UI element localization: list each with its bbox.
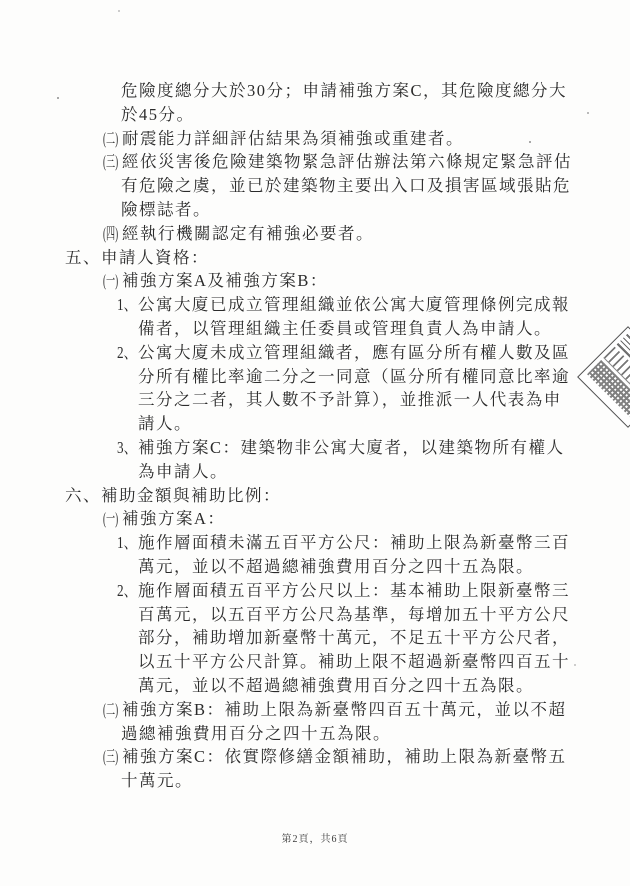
document-line: 2、公寓大廈未成立管理組織者，應有區分所有權人數及區 [0, 341, 630, 365]
scan-speck [118, 10, 120, 12]
document-line: 三分之二者，其人數不予計算），並推派一人代表為申 [0, 388, 630, 412]
document-line: 備者，以管理組織主任委員或管理負責人為申請人。 [0, 317, 630, 341]
line-text: 以五十平方公尺計算。補助上限不超過新臺幣四百五十 [138, 652, 570, 671]
document-body: 危險度總分大於30分；申請補強方案C，其危險度總分大於45分。(二)耐震能力詳細… [0, 79, 630, 793]
line-text: 萬元，並以不超過總補強費用百分之四十五為限。 [138, 557, 534, 576]
list-marker: (一) [103, 269, 113, 293]
list-marker: (四) [103, 222, 113, 246]
scan-speck [574, 664, 576, 666]
line-text: 公寓大廈已成立管理組織並依公寓大廈管理條例完成報 [138, 295, 570, 314]
line-text: 請人。 [138, 414, 192, 433]
line-text: 補強方案C：建築物非公寓大廈者，以建築物所有權人 [138, 438, 565, 457]
document-line: 請人。 [0, 412, 630, 436]
document-line: 有危險之虞，並已於建築物主要出入口及損害區域張貼危 [0, 174, 630, 198]
line-text: 補強方案A及補強方案B： [122, 271, 328, 290]
line-text: 萬元，並以不超過總補強費用百分之四十五為限。 [138, 676, 534, 695]
line-text: 公寓大廈未成立管理組織者，應有區分所有權人數及區 [138, 343, 570, 362]
line-text: 經執行機關認定有補強必要者。 [122, 224, 374, 243]
document-line: 部分，補助增加新臺幣十萬元，不足五十平方公尺者， [0, 626, 630, 650]
line-text: 補強方案C：依實際修繕金額補助，補助上限為新臺幣五 [122, 747, 567, 766]
line-text: 危險度總分大於30分；申請補強方案C，其危險度總分大 [121, 81, 567, 100]
document-line: 險標誌者。 [0, 198, 630, 222]
scan-speck [587, 112, 589, 114]
list-marker: 2、 [117, 579, 134, 603]
document-line: 過總補強費用百分之四十五為限。 [0, 722, 630, 746]
document-line: (二)補強方案B：補助上限為新臺幣四百五十萬元，並以不超 [0, 698, 630, 722]
line-text: 施作層面積五百平方公尺以上：基本補助上限新臺幣三 [138, 581, 570, 600]
list-marker: (三) [103, 150, 113, 174]
document-line: 萬元，並以不超過總補強費用百分之四十五為限。 [0, 674, 630, 698]
document-line: 分所有權比率逾二分之一同意（區分所有權同意比率逾 [0, 365, 630, 389]
document-page: 危險度總分大於30分；申請補強方案C，其危險度總分大於45分。(二)耐震能力詳細… [0, 0, 630, 886]
line-text: 過總補強費用百分之四十五為限。 [121, 724, 391, 743]
list-marker: (二) [103, 698, 113, 722]
document-line: 1、施作層面積未滿五百平方公尺：補助上限為新臺幣三百 [0, 531, 630, 555]
line-text: 五、申請人資格： [65, 248, 209, 267]
document-line: (三)經依災害後危險建築物緊急評估辦法第六條規定緊急評估 [0, 150, 630, 174]
line-text: 有危險之虞，並已於建築物主要出入口及損害區域張貼危 [121, 176, 571, 195]
document-line: 百萬元，以五百平方公尺為基準，每增加五十平方公尺 [0, 603, 630, 627]
line-text: 十萬元。 [121, 771, 193, 790]
list-marker: 3、 [117, 436, 134, 460]
list-marker: 1、 [117, 293, 134, 317]
line-text: 為申請人。 [138, 462, 228, 481]
line-text: 百萬元，以五百平方公尺為基準，每增加五十平方公尺 [138, 605, 570, 624]
line-text: 耐震能力詳細評估結果為須補強或重建者。 [122, 129, 464, 148]
page-footer: 第2頁，共6頁 [0, 830, 630, 845]
document-line: 2、施作層面積五百平方公尺以上：基本補助上限新臺幣三 [0, 579, 630, 603]
line-text: 補強方案B：補助上限為新臺幣四百五十萬元，並以不超 [122, 700, 567, 719]
list-marker: (三) [103, 745, 113, 769]
scan-speck [57, 97, 59, 99]
list-marker: (一) [103, 507, 113, 531]
line-text: 補強方案A： [122, 509, 225, 528]
scan-speck [529, 141, 531, 143]
line-text: 部分，補助增加新臺幣十萬元，不足五十平方公尺者， [138, 628, 570, 647]
document-line: 萬元，並以不超過總補強費用百分之四十五為限。 [0, 555, 630, 579]
document-line: (一)補強方案A： [0, 507, 630, 531]
document-line: (二)耐震能力詳細評估結果為須補強或重建者。 [0, 127, 630, 151]
line-text: 分所有權比率逾二分之一同意（區分所有權同意比率逾 [138, 367, 570, 386]
document-line: 於45分。 [0, 103, 630, 127]
line-text: 六、補助金額與補助比例： [65, 486, 281, 505]
line-text: 備者，以管理組織主任委員或管理負責人為申請人。 [138, 319, 552, 338]
list-marker: (二) [103, 127, 113, 151]
document-line: 危險度總分大於30分；申請補強方案C，其危險度總分大 [0, 79, 630, 103]
line-text: 三分之二者，其人數不予計算），並推派一人代表為申 [138, 390, 562, 409]
line-text: 施作層面積未滿五百平方公尺：補助上限為新臺幣三百 [138, 533, 570, 552]
line-text: 經依災害後危險建築物緊急評估辦法第六條規定緊急評估 [122, 152, 572, 171]
line-text: 於45分。 [121, 105, 195, 124]
document-line: 3、補強方案C：建築物非公寓大廈者，以建築物所有權人 [0, 436, 630, 460]
document-line: 為申請人。 [0, 460, 630, 484]
line-text: 險標誌者。 [121, 200, 211, 219]
document-line: 1、公寓大廈已成立管理組織並依公寓大廈管理條例完成報 [0, 293, 630, 317]
list-marker: 1、 [117, 531, 134, 555]
document-line: (一)補強方案A及補強方案B： [0, 269, 630, 293]
document-line: (四)經執行機關認定有補強必要者。 [0, 222, 630, 246]
document-line: 十萬元。 [0, 769, 630, 793]
document-line: 六、補助金額與補助比例： [0, 484, 630, 508]
list-marker: 2、 [117, 341, 134, 365]
document-line: 以五十平方公尺計算。補助上限不超過新臺幣四百五十 [0, 650, 630, 674]
document-line: 五、申請人資格： [0, 246, 630, 270]
document-line: (三)補強方案C：依實際修繕金額補助，補助上限為新臺幣五 [0, 745, 630, 769]
